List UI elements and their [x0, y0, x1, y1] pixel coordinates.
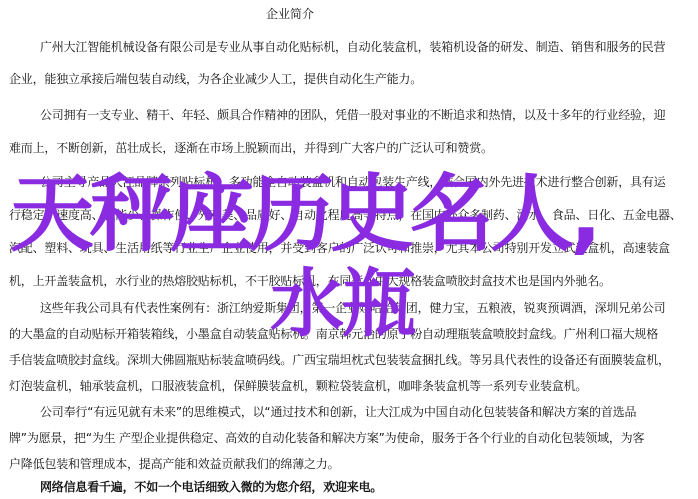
company-profile-document: 企业简介 广州大江智能机械设备有限公司是专业从事自动化贴标机，自动化装盒机，装箱…: [0, 0, 698, 499]
paragraph-1-line-1: 广州大江智能机械设备有限公司是专业从事自动化贴标机，自动化装盒机，装箱机设备的研…: [40, 39, 665, 55]
paragraph-5-line-3: 户降低包装和管理成本，提高产能和效益贡献我们的绵薄之力。: [9, 456, 339, 472]
paragraph-5-line-2: 牌”为愿景，把“为生 产型企业提供稳定、高效的自动化装备和解决方案”为使命，服务…: [9, 430, 644, 446]
paragraph-3-line-1: 公司主导产品大江品牌系列贴标机，多功能全自动装盒机和自动包装生产线，结合国内外先…: [40, 174, 665, 190]
document-title: 企业简介: [0, 6, 580, 22]
paragraph-3-line-3: 汽配、塑料、玩具、生活用纸等行业生产企业使用，并受到客户的广泛认可和推崇，尤其本…: [9, 240, 670, 256]
paragraph-2-line-2: 难而上，不断创新，茁壮成长，逐渐在市场上脱颖而出，并得到广大客户的广泛认可和赞赏…: [9, 140, 493, 156]
paragraph-4-line-1: 这些年我公司具有代表性案例有：浙江纳爱斯集团，第一企业娃哈哈集团，健力宝，五粮液…: [40, 300, 665, 316]
paragraph-4-line-2: 的大墨盒的自动贴标开箱装箱线，小墨盒自动装盒贴标机。南京韩元治的原子粉自动理瓶装…: [9, 326, 658, 342]
paragraph-3-line-2: 行稳定、速度高、耗能少、操作便、外观美、品质好、自动化程度高等特点，在国内外众多…: [9, 207, 682, 223]
paragraph-4-line-3: 手信装盒喷胶封盒线。深圳大佛圆瓶贴标装盒喷码线。广西宝瑞坦枕式包装装盒捆扎线。等…: [9, 352, 670, 368]
closing-line: 网络信息看千遍，不如一个电话细致入微的为您介绍，欢迎来电。: [40, 479, 382, 495]
paragraph-1-line-2: 企业，能独立承接后端包装自动线，为各企业减少人工，提供自动化生产能力。: [9, 71, 422, 87]
paragraph-2-line-1: 公司拥有一支专业、精干、年轻、颇具合作精神的团队，凭借一股对事业的不断追求和热情…: [40, 107, 665, 123]
paragraph-5-line-1: 公司奉行“有远见就有未来”的思维模式，以“通过技术和创新，让大江成为中国自动化包…: [40, 404, 636, 420]
paragraph-3-line-4: 机，上开盖装盒机，水行业的热熔胶贴标机，不干胶贴标机，在同行业中大规格装盒喷胶封…: [9, 273, 611, 289]
paragraph-4-line-4: 灯泡装盒机，轴承装盒机，口服液装盒机，保鲜膜装盒机，颗粒袋装盒机，咖啡条装盒机等…: [9, 378, 587, 394]
